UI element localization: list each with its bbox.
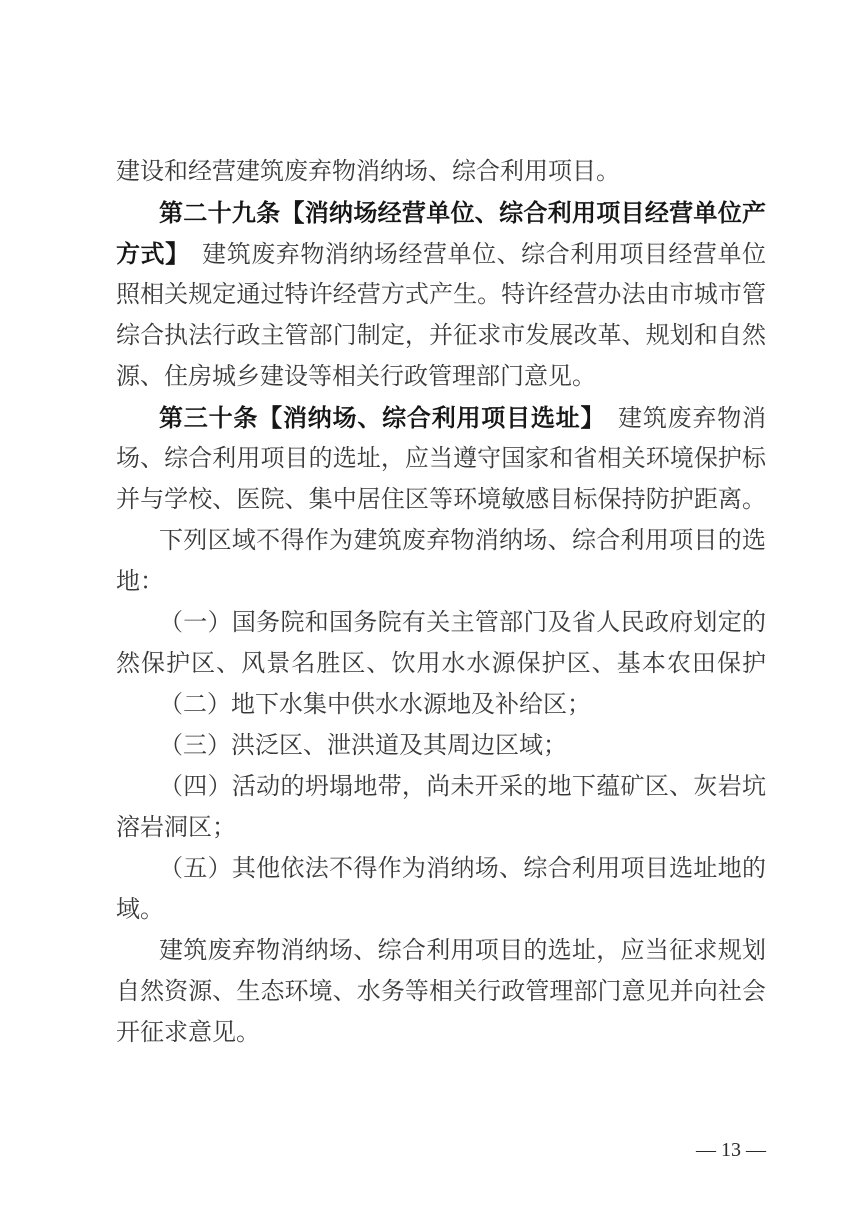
bold-text-segment: 第三十条【消纳场、综合利用项目选址】 bbox=[159, 405, 593, 432]
text-line: 地： bbox=[116, 562, 766, 603]
text-segment: 源、住房城乡建设等相关行政管理部门意见。 bbox=[116, 364, 596, 390]
text-segment: 自然资源、生态环境、水务等相关行政管理部门意见并向社会公 bbox=[116, 979, 766, 1013]
text-line: （三）洪泛区、泄洪道及其周边区域； bbox=[116, 726, 766, 767]
text-line: 第三十条【消纳场、综合利用项目选址】 建筑废弃物消纳 bbox=[116, 398, 766, 439]
text-line: （五）其他依法不得作为消纳场、综合利用项目选址地的区 bbox=[116, 849, 766, 890]
text-line: （一）国务院和国务院有关主管部门及省人民政府划定的自 bbox=[116, 603, 766, 644]
text-segment: 然保护区、风景名胜区、饮用水水源保护区、基本农田保护区； bbox=[116, 651, 766, 685]
text-line: 综合执法行政主管部门制定，并征求市发展改革、规划和自然资 bbox=[116, 316, 766, 357]
bold-text-segment: 方式】 bbox=[116, 241, 178, 268]
text-line: 域。 bbox=[116, 890, 766, 931]
text-segment: （一）国务院和国务院有关主管部门及省人民政府划定的自 bbox=[116, 610, 766, 644]
document-body: 建设和经营建筑废弃物消纳场、综合利用项目。第二十九条【消纳场经营单位、综合利用项… bbox=[116, 152, 766, 1054]
bold-text-segment: 第二十九条【消纳场经营单位、综合利用项目经营单位产生 bbox=[116, 200, 766, 234]
text-segment: 并与学校、医院、集中居住区等环境敏感目标保持防护距离。 bbox=[116, 487, 766, 513]
text-segment: （二）地下水集中供水水源地及补给区； bbox=[159, 692, 591, 718]
text-segment: 下列区域不得作为建筑废弃物消纳场、综合利用项目的选址 bbox=[116, 528, 766, 562]
page-number: — 13 — bbox=[696, 1139, 766, 1161]
text-segment: 综合执法行政主管部门制定，并征求市发展改革、规划和自然资 bbox=[116, 323, 766, 357]
text-line: 源、住房城乡建设等相关行政管理部门意见。 bbox=[116, 357, 766, 398]
text-line: （二）地下水集中供水水源地及补给区； bbox=[116, 685, 766, 726]
text-segment: 建筑废弃物消纳场、综合利用项目的选址，应当征求规划和 bbox=[116, 938, 766, 972]
text-segment: （五）其他依法不得作为消纳场、综合利用项目选址地的区 bbox=[116, 856, 766, 890]
text-line: 开征求意见。 bbox=[116, 1013, 766, 1054]
page-footer: — 13 — bbox=[116, 1136, 766, 1164]
text-segment: 建筑废弃物消纳场经营单位、综合利用项目经营单位按 bbox=[116, 242, 766, 275]
text-line: 场、综合利用项目的选址，应当遵守国家和省相关环境保护标准， bbox=[116, 439, 766, 480]
text-line: 照相关规定通过特许经营方式产生。特许经营办法由市城市管理 bbox=[116, 275, 766, 316]
document-page: 建设和经营建筑废弃物消纳场、综合利用项目。第二十九条【消纳场经营单位、综合利用项… bbox=[0, 0, 868, 1227]
text-line: 并与学校、医院、集中居住区等环境敏感目标保持防护距离。 bbox=[116, 480, 766, 521]
text-segment: 场、综合利用项目的选址，应当遵守国家和省相关环境保护标准， bbox=[116, 446, 766, 480]
text-line: 然保护区、风景名胜区、饮用水水源保护区、基本农田保护区； bbox=[116, 644, 766, 685]
text-segment: 域。 bbox=[116, 897, 164, 923]
text-segment: 地： bbox=[116, 569, 164, 595]
text-line: 方式】 建筑废弃物消纳场经营单位、综合利用项目经营单位按 bbox=[116, 234, 766, 275]
text-segment: （三）洪泛区、泄洪道及其周边区域； bbox=[159, 733, 567, 759]
text-line: 第二十九条【消纳场经营单位、综合利用项目经营单位产生 bbox=[116, 193, 766, 234]
text-segment: 建设和经营建筑废弃物消纳场、综合利用项目。 bbox=[116, 159, 620, 185]
text-segment: 照相关规定通过特许经营方式产生。特许经营办法由市城市管理 bbox=[116, 282, 766, 316]
text-line: 溶岩洞区； bbox=[116, 808, 766, 849]
text-segment: 溶岩洞区； bbox=[116, 815, 236, 841]
text-line: 建筑废弃物消纳场、综合利用项目的选址，应当征求规划和 bbox=[116, 931, 766, 972]
text-line: （四）活动的坍塌地带，尚未开采的地下蕴矿区、灰岩坑及 bbox=[116, 767, 766, 808]
text-line: 自然资源、生态环境、水务等相关行政管理部门意见并向社会公 bbox=[116, 972, 766, 1013]
text-line: 下列区域不得作为建筑废弃物消纳场、综合利用项目的选址 bbox=[116, 521, 766, 562]
text-line: 建设和经营建筑废弃物消纳场、综合利用项目。 bbox=[116, 152, 766, 193]
text-segment: 开征求意见。 bbox=[116, 1020, 260, 1046]
text-segment: （四）活动的坍塌地带，尚未开采的地下蕴矿区、灰岩坑及 bbox=[116, 774, 766, 808]
